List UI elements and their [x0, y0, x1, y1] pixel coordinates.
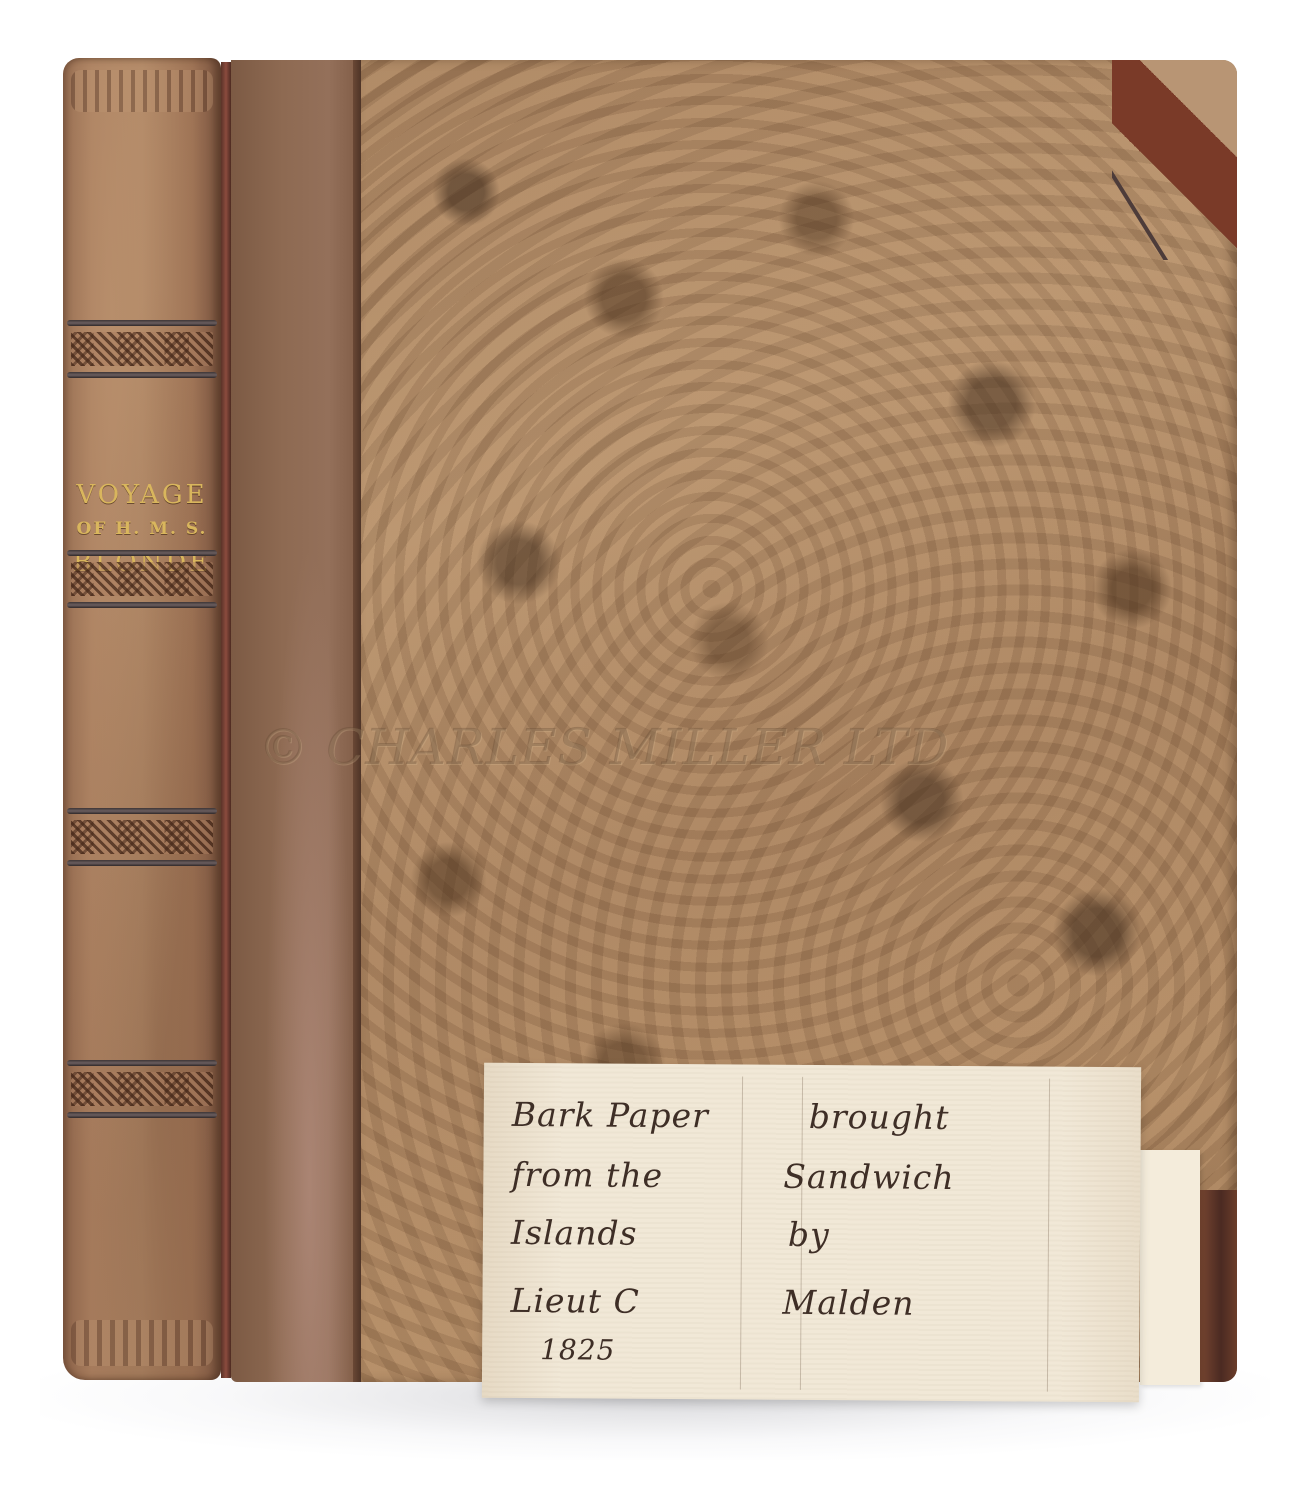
product-photo: VOYAGE OF H. M. S. BLONDE © CHARLES MILL…: [0, 0, 1299, 1500]
note-line-3-right: by: [788, 1215, 830, 1254]
spine-raised-band: [67, 550, 217, 608]
note-line-2-left: from the: [511, 1155, 663, 1195]
leather-corner-top: [1112, 60, 1237, 260]
spine-title-line-2: OF H. M. S.: [63, 512, 221, 546]
spine-hinge-groove: [221, 62, 231, 1378]
spine-tail-tooling: [71, 1320, 213, 1366]
note-line-1-right: brought: [809, 1097, 950, 1137]
leather-corner-bottom: [1197, 1190, 1237, 1382]
handwritten-note: Bark Paper brought from the Sandwich Isl…: [482, 1063, 1141, 1403]
note-line-4-left: Lieut C: [510, 1281, 640, 1321]
spine-title-line-1: VOYAGE: [63, 478, 221, 512]
note-date: 1825: [540, 1333, 615, 1367]
note-folded-flap: [1140, 1150, 1200, 1385]
note-line-4-right: Malden: [782, 1283, 914, 1323]
note-line-1-left: Bark Paper: [512, 1095, 709, 1135]
book-spine: VOYAGE OF H. M. S. BLONDE: [63, 58, 221, 1380]
spine-raised-band: [67, 1060, 217, 1118]
note-fold-line: [1047, 1079, 1050, 1392]
note-line-3-left: Islands: [511, 1213, 638, 1253]
spine-raised-band: [67, 808, 217, 866]
spine-raised-band: [67, 320, 217, 378]
note-fold-line: [740, 1077, 743, 1390]
watermark: © CHARLES MILLER LTD: [258, 718, 1058, 776]
spine-head-tooling: [71, 70, 213, 112]
note-line-2-right: Sandwich: [783, 1157, 954, 1197]
